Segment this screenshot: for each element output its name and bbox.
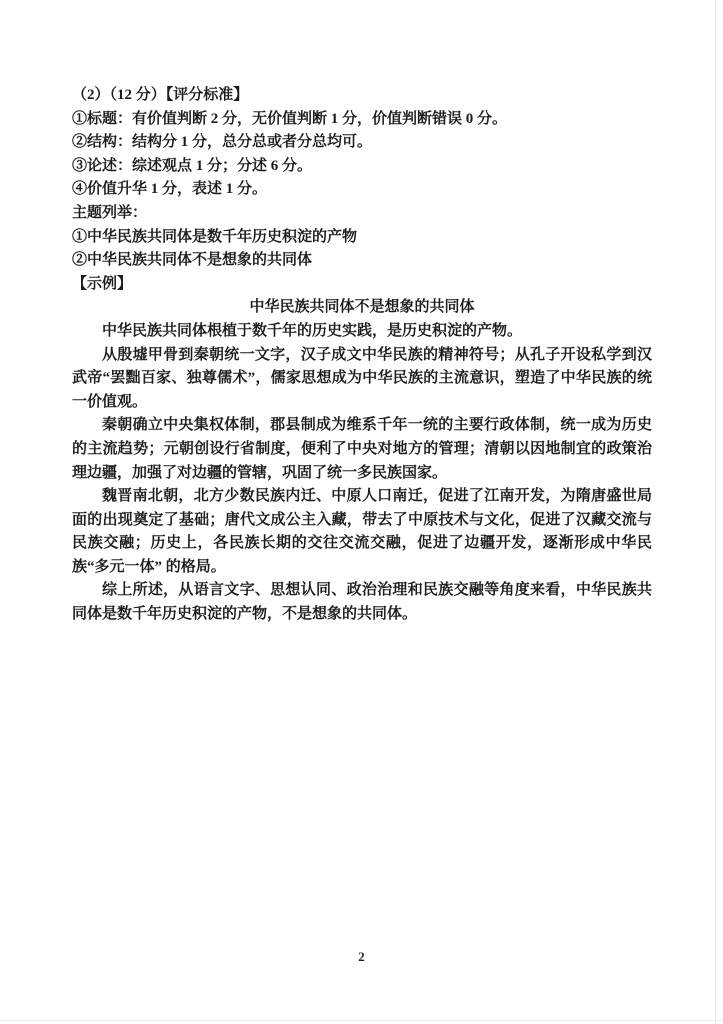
rubric-item-structure: ②结构：结构分 1 分，总分总或者分总均可。 — [72, 131, 652, 155]
page-right-edge — [715, 0, 716, 1024]
essay-paragraph: 综上所述，从语言文字、思想认同、政治治理和民族交融等角度来看，中华民族共同体是数… — [72, 579, 652, 626]
essay-paragraph: 秦朝确立中央集权体制，郡县制成为维系千年一统的主要行政体制，统一成为历史的主流趋… — [72, 414, 652, 485]
theme-item-2: ②中华民族共同体不是想象的共同体 — [72, 249, 652, 273]
document-page: （2）（12 分）【评分标准】 ①标题：有价值判断 2 分，无价值判断 1 分，… — [0, 0, 723, 1024]
themes-label: 主题列举： — [72, 202, 652, 226]
example-label: 【示例】 — [72, 273, 652, 297]
rubric-item-value: ④价值升华 1 分，表述 1 分。 — [72, 178, 652, 202]
essay-title: 中华民族共同体不是想象的共同体 — [72, 296, 652, 320]
essay-paragraph: 魏晋南北朝，北方少数民族内迁、中原人口南迁，促进了江南开发，为隋唐盛世局面的出现… — [72, 485, 652, 579]
rubric-item-discussion: ③论述：综述观点 1 分；分述 6 分。 — [72, 155, 652, 179]
theme-item-1: ①中华民族共同体是数千年历史积淀的产物 — [72, 226, 652, 250]
page-bottom-edge — [0, 1020, 723, 1021]
rubric-item-title: ①标题：有价值判断 2 分，无价值判断 1 分，价值判断错误 0 分。 — [72, 108, 652, 132]
essay-paragraph: 从殷墟甲骨到秦朝统一文字，汉子成文中华民族的精神符号；从孔子开设私学到汉武帝“罢… — [72, 344, 652, 415]
page-number: 2 — [0, 948, 723, 966]
document-content: （2）（12 分）【评分标准】 ①标题：有价值判断 2 分，无价值判断 1 分，… — [72, 84, 652, 627]
essay-paragraph: 中华民族共同体根植于数千年的历史实践，是历史积淀的产物。 — [72, 320, 652, 344]
rubric-heading: （2）（12 分）【评分标准】 — [72, 84, 652, 108]
